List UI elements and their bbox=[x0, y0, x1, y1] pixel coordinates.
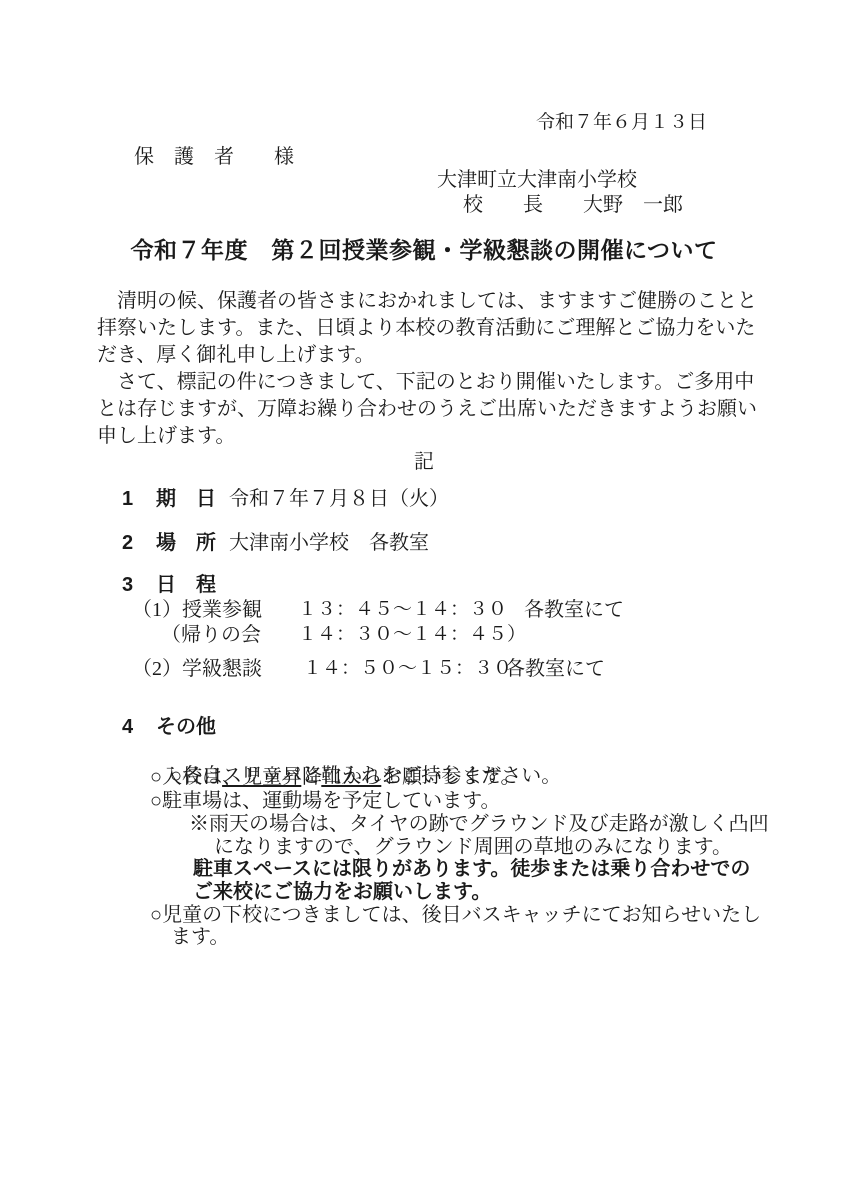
other-item: ます。 bbox=[171, 925, 229, 949]
note-line: ※雨天の場合は、タイヤの跡でグラウンド及び走路が激しく凸凹 bbox=[189, 812, 769, 836]
greeting-line: とは存じますが、万障お繰り合わせのうえご出席いただきますようお願い bbox=[97, 397, 757, 421]
item-number: 4 bbox=[122, 715, 133, 739]
greeting-line: だき、厚く御礼申し上げます。 bbox=[97, 343, 375, 367]
greeting-line: 拝察いたします。また、日頃より本校の教育活動にご理解とご協力をいた bbox=[97, 316, 755, 340]
item-label: 期 日 bbox=[156, 487, 216, 511]
emphasis-line: ご来校にご協力をお願いします。 bbox=[193, 880, 491, 904]
item-number: 3 bbox=[122, 573, 133, 597]
greeting-line: 清明の候、保護者の皆さまにおかれましては、ますますご健勝のことと bbox=[97, 289, 757, 313]
schedule-time: １４：３０～１４：４５） bbox=[298, 624, 526, 647]
other-item: ○入校は、児童昇降口からお願いします。 bbox=[150, 765, 520, 789]
greeting-line: 申し上げます。 bbox=[97, 424, 235, 448]
greeting-line: さて、標記の件につきまして、下記のとおり開催いたします。ご多用中 bbox=[97, 370, 754, 394]
item-value: 令和７年７月８日（火） bbox=[229, 487, 449, 511]
schedule-time: １３：４５～１４：３０ bbox=[298, 599, 507, 622]
letter-date: 令和７年６月１３日 bbox=[536, 112, 707, 135]
item-label: 日 程 bbox=[156, 573, 216, 597]
letter-title: 令和７年度 第２回授業参観・学級懇談の開催について bbox=[0, 237, 848, 265]
schedule-time: １４：５０～１５：３０ bbox=[303, 658, 512, 681]
item-label: 場 所 bbox=[156, 531, 216, 555]
item-label: その他 bbox=[156, 715, 216, 739]
emphasis-line: 駐車スペースには限りがあります。徒歩または乗り合わせでの bbox=[193, 857, 750, 881]
item-number: 1 bbox=[122, 487, 133, 511]
sender-principal: 校 長 大野 一郎 bbox=[463, 193, 683, 217]
item-value: 大津南小学校 各教室 bbox=[229, 531, 429, 555]
schedule-activity: （2）学級懇談 bbox=[132, 657, 262, 681]
schedule-activity: （1）授業参観 bbox=[132, 598, 262, 622]
schedule-place: 各教室にて bbox=[524, 598, 624, 622]
sender-school: 大津町立大津南小学校 bbox=[437, 168, 637, 192]
other-item: ○児童の下校につきましては、後日バスキャッチにてお知らせいたし bbox=[150, 903, 761, 927]
schedule-place: 各教室にて bbox=[505, 657, 605, 681]
item-number: 2 bbox=[122, 531, 133, 555]
schedule-activity: （帰りの会 bbox=[161, 623, 261, 647]
recipient: 保 護 者 様 bbox=[134, 145, 294, 169]
note-line: になりますので、グラウンド周囲の草地のみになります。 bbox=[214, 835, 732, 859]
record-marker: 記 bbox=[0, 450, 848, 474]
letter-page: 令和７年６月１３日 保 護 者 様 大津町立大津南小学校 校 長 大野 一郎 令… bbox=[0, 0, 848, 1200]
other-item: ○駐車場は、運動場を予定しています。 bbox=[150, 789, 500, 813]
